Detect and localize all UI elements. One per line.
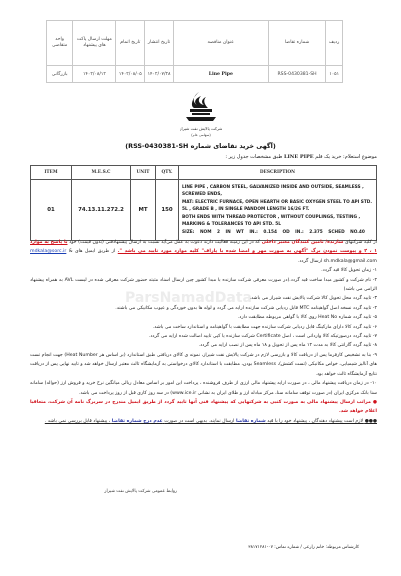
cell-publish-date: ۱۴۰۲/۰۷/۲۸ [145, 66, 174, 83]
list-item: ۸- تایید گردد گارانتی کالا به مدت ۱۲ ماه… [30, 341, 377, 350]
description-line: SIZE: NOM 2 IN WT IN.: 0.154 OD IN.: 2.3… [182, 229, 373, 236]
intro-text: ارسال گردد. [298, 259, 322, 264]
signature: روابط عمومی شرکت پالایش نفت شیراز [30, 489, 377, 494]
svg-text:(سهامی عام): (سهامی عام) [191, 133, 211, 138]
document-body: از کلیه شرکتهای سازنده/ تامین کنندگان مع… [30, 238, 377, 426]
list-item: ۲- نام شرکت و کشور مبدا ساخت قید گردد.(د… [30, 276, 377, 295]
header-item: ITEM [31, 166, 72, 180]
financial-offer-note: ● مراتب ارسال پیشنهاد مالی به صورت کتبی … [30, 398, 377, 417]
cell-row-no: ۱۰۵۱ [326, 66, 343, 83]
spec-header-row: ITEM M.E.S.C UNIT QTY. DESCRIPTION [31, 166, 377, 180]
cell-mesc: 74.13.11.272.2 [72, 180, 131, 241]
summary-data-row: ۱۰۵۱ RSS-0430381-SH Line Pipe ۱۴۰۲/۰۷/۲۸… [47, 66, 343, 83]
header-unit: UNIT [131, 166, 156, 180]
header-tender-title: عنوان مناقصه [173, 21, 268, 66]
header-request-no: شماره تقاضا [268, 21, 326, 66]
description-line: BOTH ENDS WITH THREAD PROTECTOR , WITHOU… [182, 214, 373, 229]
note-text: ارسال نمایند. بدیهی است در صورت [164, 419, 234, 424]
company-logo: شرکت پالایش نفت شیراز (سهامی عام) [180, 90, 222, 140]
intro-text: از کلیه شرکتهای [345, 240, 377, 245]
email-link-mdkala[interactable]: mdkala@sorc.ir [30, 249, 66, 254]
page-title: (آگهی خرید تقاضای شماره RSS-0430381-SH) [0, 142, 401, 150]
cell-item: 01 [31, 180, 72, 241]
header-qty: QTY. [156, 166, 179, 180]
note-text: لازم است پیشنهاد دهندگان ، پیشنهاد خود ر… [267, 419, 363, 424]
intro-paragraph: از کلیه شرکتهای سازنده/ تامین کنندگان مع… [30, 238, 377, 266]
spec-table: ITEM M.E.S.C UNIT QTY. DESCRIPTION 01 74… [30, 165, 377, 241]
cell-deadline: ۱۴۰۲/۰۸/۱۲ [73, 66, 116, 83]
summary-table: ردیف شماره تقاضا عنوان مناقصه تاریخ انتش… [46, 20, 343, 83]
intro-highlight: سازنده/ تامین کنندگان معتبر داخلی [262, 240, 344, 245]
contact-info: کارشناس مربوطه: خانم زارعی / شماره تماس:… [248, 545, 359, 550]
subject-item: LINE PIPE [284, 154, 314, 160]
cell-department: بازرگانی [47, 66, 73, 83]
header-department: واحد متقاضی [47, 21, 73, 66]
cell-tender-title: Line Pipe [173, 66, 268, 83]
intro-text: از طریق ایمیل های [75, 249, 115, 254]
list-item: ۷- تایید گردد درصورتیکه کالا وارداتی است… [30, 332, 377, 341]
subject-suffix: طبق مشخصات جدول زیر : [225, 154, 282, 160]
header-description: DESCRIPTION [179, 166, 377, 180]
svg-text:شرکت پالایش نفت شیراز: شرکت پالایش نفت شیراز [180, 126, 222, 131]
request-number-note: ●●● لازم است پیشنهاد دهندگان ، پیشنهاد خ… [30, 417, 377, 426]
list-item: ۳- تایید گردد محل تحویل کالا شرکت پالایش… [30, 294, 377, 303]
subject-prefix: موضوع استعلام: خرید یک قلم [315, 154, 377, 160]
list-item: ۴- تایید گردد نسخه اصل گواهینامه MTC قاب… [30, 304, 377, 313]
header-row-no: ردیف [326, 21, 343, 66]
note-text: ، پیشنهاد قابل بررسی نمی باشد . [45, 419, 111, 424]
cell-end-date: ۱۴۰۲/۰۸/۰۵ [116, 66, 145, 83]
list-item: ۹- بنا به تشخیص کارفرما پس از دریافت کال… [30, 351, 377, 379]
spec-data-row: 01 74.13.11.272.2 MT 150 LINE PIPE , CAR… [31, 180, 377, 241]
cell-unit: MT [131, 180, 156, 241]
description-line: LINE PIPE , CARBON STEEL, GALVANIZED INS… [182, 184, 373, 199]
header-deadline: مهلت ارسال پاکت های پیشنهاد [73, 21, 116, 66]
summary-header-row: ردیف شماره تقاضا عنوان مناقصه تاریخ انتش… [47, 21, 343, 66]
refinery-logo-icon: شرکت پالایش نفت شیراز (سهامی عام) [180, 90, 222, 140]
cell-description: LINE PIPE , CARBON STEEL, GALVANIZED INS… [179, 180, 377, 241]
header-mesc: M.E.S.C [72, 166, 131, 180]
cell-qty: 150 [156, 180, 179, 241]
bullet-icon: ●●● [365, 419, 377, 424]
header-publish-date: تاریخ انتشار [145, 21, 174, 66]
header-end-date: تاریخ اتمام [116, 21, 145, 66]
note-highlight: شماره تقاضا [236, 419, 266, 424]
list-item: ۱۰- در زمان دریافت پیشنهاد مالی ، در صور… [30, 379, 377, 398]
description-line: MAT: ELECTRIC FURNACE, OPEN HEARTH OR BA… [182, 199, 373, 214]
ampersand: & [69, 249, 73, 254]
note-highlight: عدم درج شماره تقاضا [112, 419, 163, 424]
email-gmail[interactable]: sh.mdkala@gmail.com [324, 259, 377, 264]
list-item: ۱- زمان تحویل کالا قید گردد. [30, 266, 377, 275]
inquiry-subject: موضوع استعلام: خرید یک قلم LINE PIPE طبق… [225, 154, 377, 160]
cell-request-no: RSS-0430381-SH [268, 66, 326, 83]
intro-text: که در این زمینه فعالیت دارند دعوت به عمل… [69, 240, 260, 245]
list-item: ۵- تایید گردد شماره Heat No روی کالا با … [30, 313, 377, 322]
list-item: ۶- تایید گردد کالا دارای مارکینگ قابل رد… [30, 323, 377, 332]
